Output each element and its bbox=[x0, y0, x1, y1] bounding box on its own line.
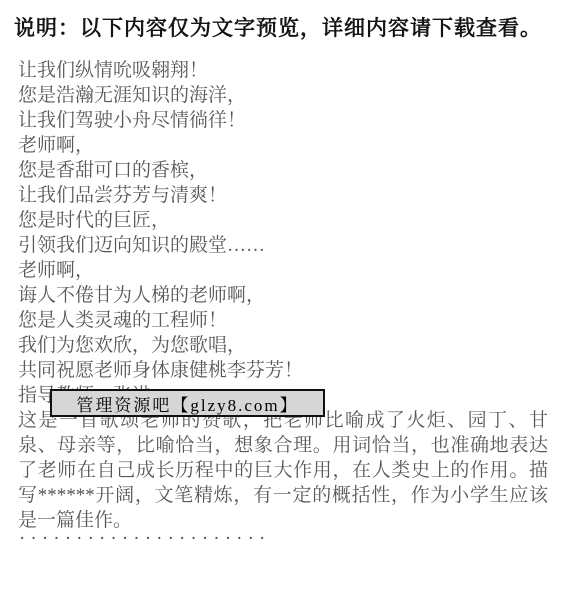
poem-line: 让我们品尝芬芳与清爽！ bbox=[18, 183, 303, 208]
poem-line: 共同祝愿老师身体康健桃李芬芳！ bbox=[18, 358, 303, 383]
poem-block: 让我们纵情吮吸翱翔！ 您是浩瀚无涯知识的海洋， 让我们驾驶小舟尽情徜徉！ 老师啊… bbox=[18, 58, 303, 408]
teacher-comment-paragraph: 这是一首歌颂老师的赞歌，把老师比喻成了火炬、园丁、甘泉、母亲等，比喻恰当，想象合… bbox=[18, 408, 548, 533]
poem-line: 诲人不倦甘为人梯的老师啊， bbox=[18, 283, 303, 308]
document-preview-page: 说明：以下内容仅为文字预览，详细内容请下载查看。 让我们纵情吮吸翱翔！ 您是浩瀚… bbox=[0, 0, 578, 600]
poem-line: 您是浩瀚无涯知识的海洋， bbox=[18, 83, 303, 108]
poem-line: 老师啊， bbox=[18, 258, 303, 283]
poem-line: 老师啊， bbox=[18, 133, 303, 158]
poem-line: 引领我们迈向知识的殿堂…… bbox=[18, 233, 303, 258]
poem-line: 让我们驾驶小舟尽情徜徉！ bbox=[18, 108, 303, 133]
truncation-dots: ······················ bbox=[18, 531, 269, 547]
poem-line: 让我们纵情吮吸翱翔！ bbox=[18, 58, 303, 83]
poem-line: 您是时代的巨匠， bbox=[18, 208, 303, 233]
site-watermark-badge: 管理资源吧【glzy8.com】 bbox=[50, 389, 325, 417]
preview-notice-heading: 说明：以下内容仅为文字预览，详细内容请下载查看。 bbox=[14, 12, 542, 42]
poem-line: 您是香甜可口的香槟， bbox=[18, 158, 303, 183]
poem-line: 您是人类灵魂的工程师！ bbox=[18, 308, 303, 333]
poem-line: 我们为您欢欣，为您歌唱， bbox=[18, 333, 303, 358]
